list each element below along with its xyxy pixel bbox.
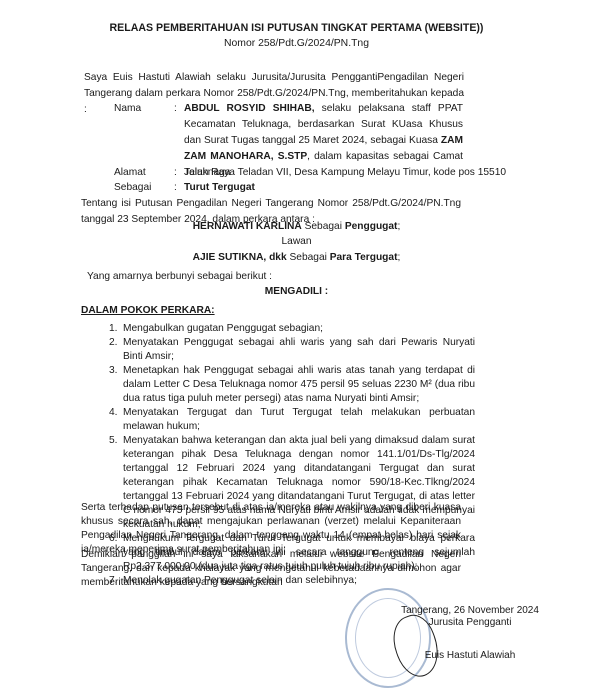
defendant-name: AJIE SUTIKNA, dkk	[193, 252, 287, 263]
colon: :	[174, 180, 177, 196]
ruling-item: 4.Menyatakan Tergugat dan Turut Tergugat…	[123, 406, 475, 434]
address-label: Alamat	[114, 165, 146, 181]
plaintiff-name: HERNAWATI KARLINA	[193, 221, 302, 232]
role-label: Sebagai	[114, 180, 151, 196]
ruling-text: Mengabulkan gugatan Penggugat sebagian;	[123, 323, 323, 334]
signature-name: Euis Hastuti Alawiah	[385, 648, 555, 663]
amar-intro: Yang amarnya berbunyi sebagai berikut :	[87, 269, 272, 285]
closing-paragraph: Demikian panggilan ini saya laksanakan m…	[81, 548, 461, 590]
ruling-item: 3.Menetapkan hak Penggugat sebagai ahli …	[123, 364, 475, 406]
document-title: RELAAS PEMBERITAHUAN ISI PUTUSAN TINGKAT…	[0, 22, 593, 34]
ruling-number: 4.	[109, 406, 118, 420]
role-value: Turut Tergugat	[184, 180, 463, 196]
ruling-item: 2.Menyatakan Penggugat sebagai ahli wari…	[123, 336, 475, 364]
ruling-item: 1.Mengabulkan gugatan Penggugat sebagian…	[123, 322, 475, 336]
plaintiff-role: Penggugat	[345, 221, 398, 232]
colon: :	[174, 165, 177, 181]
signature-position: Jurusita Pengganti	[385, 615, 555, 630]
colon: :	[174, 101, 177, 117]
as-text: Sebagai	[287, 252, 330, 263]
ruling-number: 3.	[109, 364, 118, 378]
separator: ;	[397, 252, 400, 263]
ruling-number: 2.	[109, 336, 118, 350]
ruling-text: Menetapkan hak Penggugat sebagai ahli wa…	[123, 365, 475, 404]
defendant-line: AJIE SUTIKNA, dkk Sebagai Para Tergugat;	[0, 250, 593, 266]
ruling-text: Menyatakan Penggugat sebagai ahli waris …	[123, 337, 475, 362]
section-heading: DALAM POKOK PERKARA:	[81, 303, 215, 319]
defendant-role: Para Tergugat	[330, 252, 398, 263]
address-value: Jalan Raya Teladan VII, Desa Kampung Mel…	[184, 165, 463, 181]
recipient-name: ABDUL ROSYID SHIHAB,	[184, 103, 315, 114]
as-text: Sebagai	[302, 221, 345, 232]
separator: ;	[397, 221, 400, 232]
plaintiff-line: HERNAWATI KARLINA Sebagai Penggugat;	[0, 219, 593, 235]
ruling-number: 5.	[109, 434, 118, 448]
document-number: Nomor 258/Pdt.G/2024/PN.Tng	[0, 38, 593, 49]
versus: Lawan	[0, 234, 593, 250]
mengadili-heading: MENGADILI :	[0, 284, 593, 300]
name-label: Nama	[114, 101, 141, 117]
ruling-text: Menyatakan Tergugat dan Turut Tergugat t…	[123, 407, 475, 432]
ruling-number: 1.	[109, 322, 118, 336]
